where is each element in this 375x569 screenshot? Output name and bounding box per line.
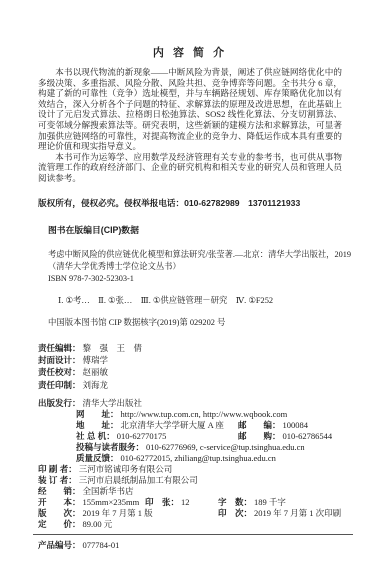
cip-title-line: 考虑中断风险的供应链优化模型和算法研究/张莹著.—北京：清华大学出版社，2019 <box>48 249 342 261</box>
credit-editor-value: 黎 强 王 倩 <box>83 343 143 353</box>
credit-editor-row: 责任编辑：黎 强 王 倩 <box>38 342 342 354</box>
credit-proof-label: 责任校对： <box>38 367 81 377</box>
publisher-row: 出版发行：清华大学出版社 <box>38 398 342 409</box>
cip-registry: 中国版本图书馆 CIP 数据核字(2019)第 029202 号 <box>48 316 342 328</box>
publisher-service-value: 010-62776969, c-service@tup.tsinghua.edu… <box>146 442 305 452</box>
edition-label: 版 次： <box>38 508 81 518</box>
credit-print-row: 责任印制：刘海龙 <box>38 379 342 391</box>
impression-label: 印 次： <box>218 508 252 518</box>
publisher-web-value: http://www.tup.com.cn, http://www.wqbook… <box>121 409 288 419</box>
intro-title: 内 容 简 介 <box>38 44 342 60</box>
printing-section: 印 刷 者：三河市铭诚印务有限公司 装 订 者：三河市启晨纸制品加工有限公司 经… <box>38 464 342 530</box>
cip-block: 考虑中断风险的供应链优化模型和算法研究/张莹著.—北京：清华大学出版社，2019… <box>48 249 342 285</box>
printer-value: 三河市铭诚印务有限公司 <box>79 464 173 474</box>
publisher-name: 清华大学出版社 <box>83 398 143 408</box>
words-label: 字 数： <box>218 497 252 507</box>
publisher-address-row: 地 址：北京清华大学学研大厦 A 座 邮 编：100084 <box>38 420 342 431</box>
intro-section: 本书以现代物流的新现象——中断风险为背景，阐述了供应链网络优化中的多级决策、多重… <box>38 67 342 184</box>
publisher-service-row: 投稿与读者服务：010-62776969, c-service@tup.tsin… <box>38 442 342 453</box>
divider-rule <box>33 534 353 535</box>
credit-print-label: 责任印制： <box>38 380 81 390</box>
credit-print-value: 刘海龙 <box>83 380 109 390</box>
edition-value: 2019 年 7 月第 1 版 <box>83 508 153 518</box>
printer-row: 印 刷 者：三河市铭诚印务有限公司 <box>38 464 342 475</box>
credit-proof-row: 责任校对：赵丽敏 <box>38 366 342 378</box>
publisher-phone-row: 社 总 机：010-62770175 邮 购：010-62786544 <box>38 431 342 442</box>
binder-row: 装 订 者：三河市启晨纸制品加工有限公司 <box>38 475 342 486</box>
publisher-mailorder: 邮 购：010-62786544 <box>238 431 332 442</box>
cip-series-line: （清华大学优秀博士学位论文丛书） <box>48 261 342 273</box>
sheets-label: 印 张： <box>145 497 179 507</box>
publisher-mailorder-label: 邮 购： <box>238 431 281 441</box>
product-number-row: 产品编号：077784-01 <box>38 539 342 551</box>
publisher-zip-value: 100084 <box>283 420 309 430</box>
publisher-quality-row: 质量反馈：010-62772015, zhiliang@tup.tsinghua… <box>38 453 342 464</box>
publisher-zip-label: 邮 编： <box>238 420 281 430</box>
cip-classification: Ⅰ. ①考… Ⅱ. ①张… Ⅲ. ①供应链管理－研究 Ⅳ. ①F252 <box>58 294 342 306</box>
impression-cell: 印 次：2019 年 7 月第 1 次印刷 <box>218 508 341 519</box>
sheets-cell: 印 张：12 <box>145 497 190 508</box>
credit-proof-value: 赵丽敏 <box>83 367 109 377</box>
publisher-mailorder-value: 010-62786544 <box>283 431 333 441</box>
publisher-section: 出版发行：清华大学出版社 网 址：http://www.tup.com.cn, … <box>38 398 342 464</box>
binder-value: 三河市启晨纸制品加工有限公司 <box>79 475 198 485</box>
format-row: 开 本：155mm×235mm 印 张：12 字 数：189 千字 <box>38 497 342 508</box>
publisher-address-value: 北京清华大学学研大厦 A 座 <box>121 420 224 430</box>
copyright-notice: 版权所有，侵权必究。侵权举报电话：010-62782989 1370112193… <box>38 197 342 209</box>
price-row: 定 价：89.00 元 <box>38 519 342 530</box>
credit-cover-row: 封面设计：傅瑞学 <box>38 354 342 366</box>
impression-value: 2019 年 7 月第 1 次印刷 <box>254 508 341 518</box>
copyright-page: 内 容 简 介 本书以现代物流的新现象——中断风险为背景，阐述了供应链网络优化中… <box>0 0 375 569</box>
publisher-web-row: 网 址：http://www.tup.com.cn, http://www.wq… <box>38 409 342 420</box>
printer-label: 印 刷 者： <box>38 464 77 474</box>
binder-label: 装 订 者： <box>38 475 77 485</box>
credit-editor-label: 责任编辑： <box>38 343 81 353</box>
publisher-zip: 邮 编：100084 <box>238 420 308 431</box>
cip-heading: 图书在版编目(CIP)数据 <box>48 223 342 236</box>
credit-cover-value: 傅瑞学 <box>83 355 109 365</box>
publisher-label: 出版发行： <box>38 398 81 408</box>
publisher-quality-label: 质量反馈： <box>76 453 119 463</box>
distributor-value: 全国新华书店 <box>83 486 134 496</box>
publisher-address-label: 地 址： <box>76 420 119 430</box>
sheets-value: 12 <box>181 497 190 507</box>
credit-cover-label: 封面设计： <box>38 355 81 365</box>
edition-row: 版 次：2019 年 7 月第 1 版 印 次：2019 年 7 月第 1 次印… <box>38 508 342 519</box>
format-value: 155mm×235mm <box>83 497 140 507</box>
product-number-value: 077784-01 <box>83 540 120 550</box>
intro-paragraph-2: 本书可作为运筹学、应用数学及经济管理有关专业的参考书，也可供从事物流管理工作的政… <box>38 152 342 184</box>
distributor-label: 经 销： <box>38 486 81 496</box>
publisher-phone-value: 010-62770175 <box>117 431 167 441</box>
distributor-row: 经 销：全国新华书店 <box>38 486 342 497</box>
publisher-quality-value: 010-62772015, zhiliang@tup.tsinghua.edu.… <box>121 453 276 463</box>
price-value: 89.00 元 <box>83 519 113 529</box>
intro-paragraph-1: 本书以现代物流的新现象——中断风险为背景，阐述了供应链网络优化中的多级决策、多重… <box>38 67 342 152</box>
format-label: 开 本： <box>38 497 81 507</box>
words-cell: 字 数：189 千字 <box>218 497 286 508</box>
words-value: 189 千字 <box>254 497 286 507</box>
publisher-web-label: 网 址： <box>76 409 119 419</box>
publisher-phone-label: 社 总 机： <box>76 431 115 441</box>
price-label: 定 价： <box>38 519 81 529</box>
publisher-service-label: 投稿与读者服务： <box>76 442 144 452</box>
cip-isbn: ISBN 978-7-302-52303-1 <box>48 273 342 285</box>
product-number-label: 产品编号： <box>38 540 81 550</box>
credits-section: 责任编辑：黎 强 王 倩 封面设计：傅瑞学 责任校对：赵丽敏 责任印制：刘海龙 <box>38 342 342 392</box>
